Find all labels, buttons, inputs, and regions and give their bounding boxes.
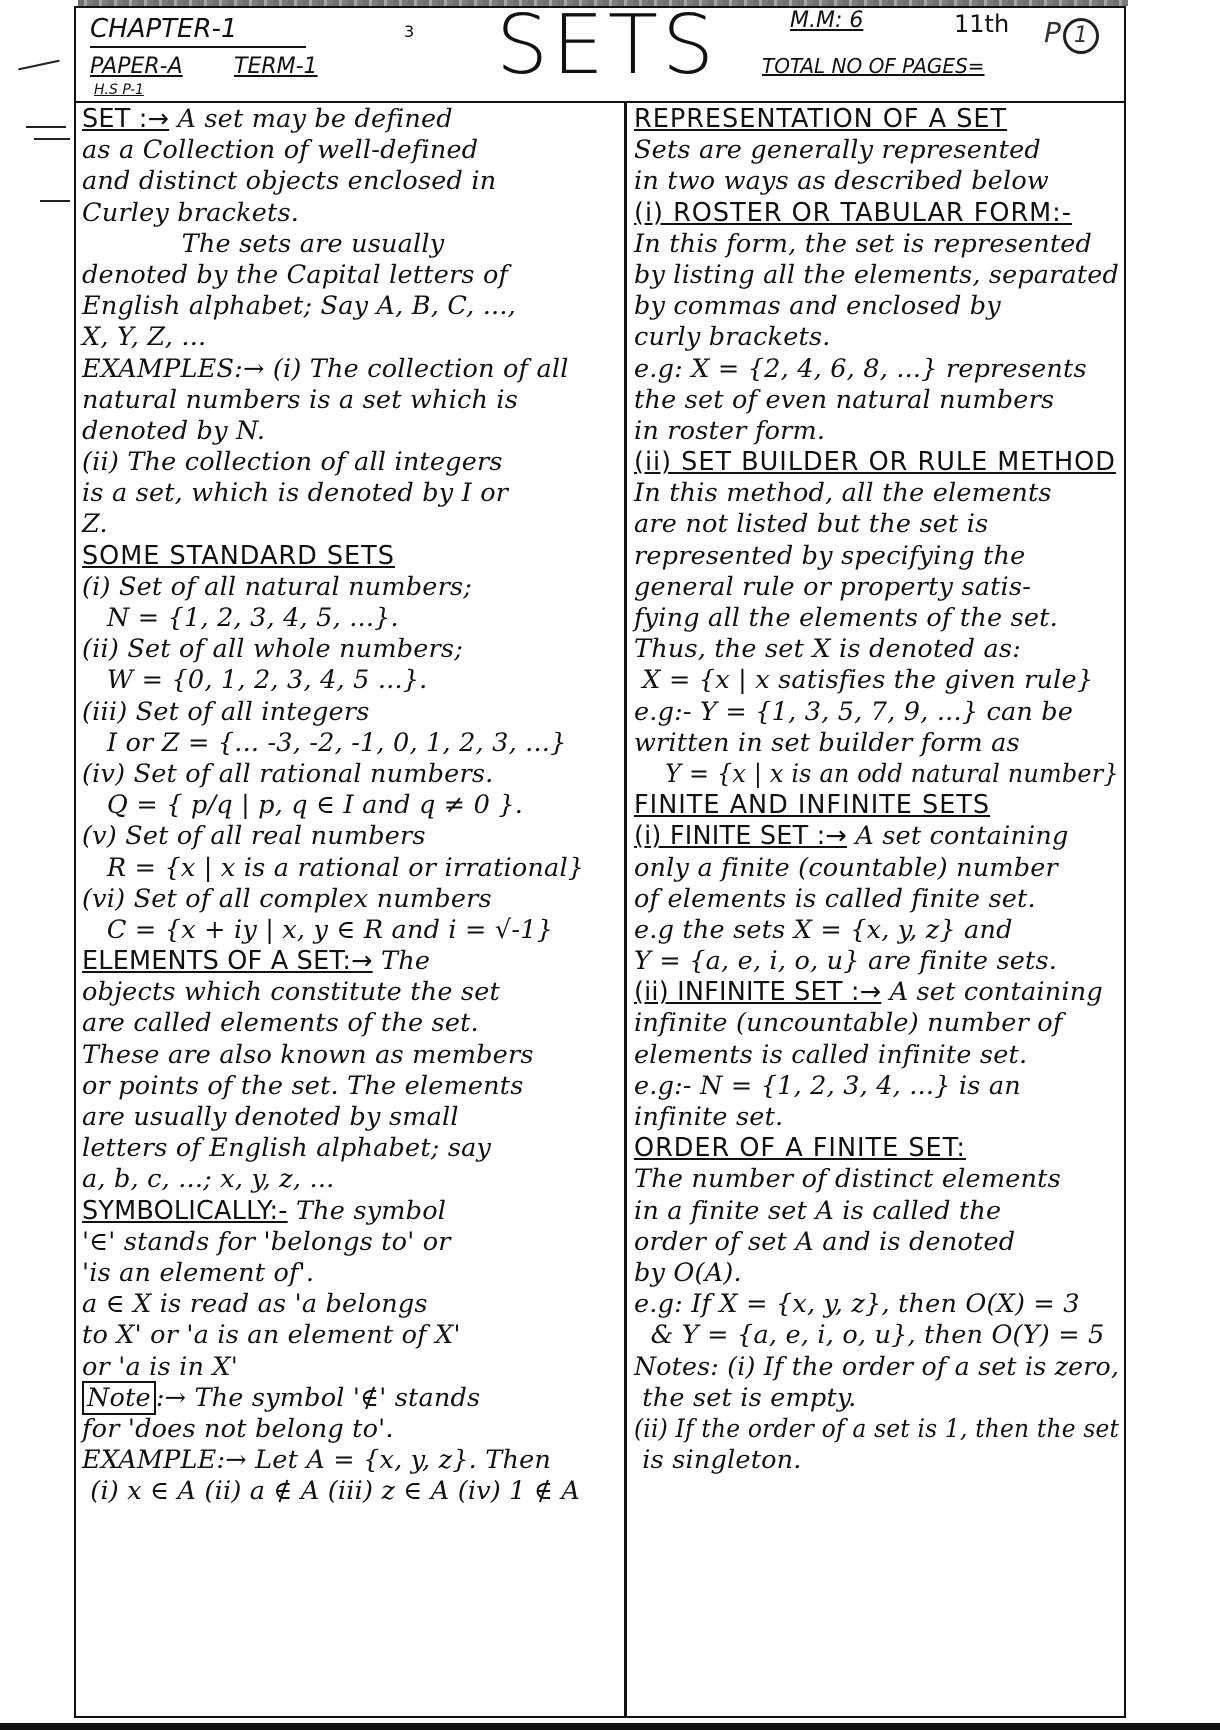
text-line: X, Y, Z, ... [82,322,622,353]
text-line: N = {1, 2, 3, 4, 5, ...}. [82,603,622,634]
text-line: elements is called infinite set. [634,1040,1119,1071]
text-line: Curley brackets. [82,198,622,229]
text-line: Note:→ The symbol '∉' stands [82,1383,622,1414]
text-line: EXAMPLE:→ Let A = {x, y, z}. Then [82,1445,622,1476]
left-column: SET :→ A set may be definedas a Collecti… [82,104,622,1507]
text-line: '∈' stands for 'belongs to' or [82,1227,622,1258]
text-line: e.g:- Y = {1, 3, 5, 7, 9, ...} can be [634,697,1119,728]
text-line: only a finite (countable) number [634,853,1119,884]
page-number: 1 [1063,18,1099,54]
text-line: in roster form. [634,416,1119,447]
text-line: are called elements of the set. [82,1008,622,1039]
text-line: general rule or property satis- [634,572,1119,603]
text-line: Sets are generally represented [634,135,1119,166]
text-line: (i) FINITE SET :→ A set containing [634,821,1119,852]
section-heading: SOME STANDARD SETS [82,541,622,572]
text-line: to X' or 'a is an element of X' [82,1320,622,1351]
margin-mark [26,126,66,128]
text-line: infinite set. [634,1102,1119,1133]
margin-mark [18,60,59,71]
text-line: Q = { p/q | p, q ∈ I and q ≠ 0 }. [82,790,622,821]
section-heading: REPRESENTATION OF A SET [634,104,1119,135]
text-line: as a Collection of well-defined [82,135,622,166]
text-line: EXAMPLES:→ (i) The collection of all [82,354,622,385]
text-line: (ii) The collection of all integers [82,447,622,478]
section-heading: FINITE AND INFINITE SETS [634,790,1119,821]
text-line: R = {x | x is a rational or irrational} [82,853,622,884]
text-line: These are also known as members [82,1040,622,1071]
corner-number: 3 [404,22,414,41]
text-line: Notes: (i) If the order of a set is zero… [634,1352,1114,1383]
text-line: in a finite set A is called the [634,1196,1119,1227]
text-line: letters of English alphabet; say [82,1133,622,1164]
text-line: (v) Set of all real numbers [82,821,622,852]
text-line: is singleton. [634,1445,1119,1476]
text-line: denoted by the Capital letters of [82,260,622,291]
text-line: (ii) INFINITE SET :→ A set containing [634,977,1119,1008]
text-line: I or Z = {... -3, -2, -1, 0, 1, 2, 3, ..… [82,728,622,759]
section-heading: (ii) SET BUILDER OR RULE METHOD [634,447,1119,478]
text-line: the set is empty. [634,1383,1119,1414]
text-line: are usually denoted by small [82,1102,622,1133]
right-column: REPRESENTATION OF A SETSets are generall… [634,104,1119,1476]
text-line: objects which constitute the set [82,977,622,1008]
text-line: Thus, the set X is denoted as: [634,634,1119,665]
text-line: The sets are usually [82,229,622,260]
column-divider [624,101,627,1718]
text-line: English alphabet; Say A, B, C, ..., [82,291,622,322]
text-line: represented by specifying the [634,541,1119,572]
text-line: of elements is called finite set. [634,884,1119,915]
class-label: 11th [954,10,1009,38]
text-line: In this form, the set is represented [634,229,1119,260]
page-label: P [1044,16,1061,49]
text-line: the set of even natural numbers [634,385,1119,416]
text-line: natural numbers is a set which is [82,385,622,416]
text-line: or points of the set. The elements [82,1071,622,1102]
text-line: Y = {a, e, i, o, u} are finite sets. [634,946,1119,977]
max-marks: M.M: 6 [790,8,863,33]
text-line: The number of distinct elements [634,1164,1119,1195]
text-line: W = {0, 1, 2, 3, 4, 5 ...}. [82,665,622,696]
text-line: curly brackets. [634,322,1119,353]
text-line: SET :→ A set may be defined [82,104,622,135]
text-line: e.g:- N = {1, 2, 3, 4, ...} is an [634,1071,1119,1102]
text-line: (vi) Set of all complex numbers [82,884,622,915]
scanned-page: CHAPTER-1 PAPER-A TERM-1 H.S P-1 3 SETS … [0,0,1220,1730]
text-line: e.g the sets X = {x, y, z} and [634,915,1119,946]
text-line: e.g: If X = {x, y, z}, then O(X) = 3 [634,1289,1119,1320]
text-line: (i) Set of all natural numbers; [82,572,622,603]
text-line: & Y = {a, e, i, o, u}, then O(Y) = 5 [634,1320,1119,1351]
text-line: denoted by N. [82,416,622,447]
text-line: (iii) Set of all integers [82,697,622,728]
section-heading: ORDER OF A FINITE SET: [634,1133,1119,1164]
text-line: in two ways as described below [634,166,1119,197]
text-line: by commas and enclosed by [634,291,1119,322]
text-line: are not listed but the set is [634,509,1119,540]
page-number-badge: P1 [1044,16,1099,54]
text-line: Y = {x | x is an odd natural number} [634,759,1089,790]
paper-code: H.S P-1 [94,82,144,98]
text-line: e.g: X = {2, 4, 6, 8, ...} represents [634,354,1119,385]
margin-mark [34,138,70,140]
text-line: or 'a is in X' [82,1352,622,1383]
text-line: SYMBOLICALLY:- The symbol [82,1196,622,1227]
text-line: order of set A and is denoted [634,1227,1119,1258]
text-line: by listing all the elements, separated [634,260,1117,291]
text-line: (ii) Set of all whole numbers; [82,634,622,665]
scan-bottom-edge [0,1723,1220,1730]
text-line: written in set builder form as [634,728,1119,759]
text-line: by O(A). [634,1258,1119,1289]
text-line: Z. [82,509,622,540]
text-line: a, b, c, ...; x, y, z, ... [82,1164,622,1195]
text-line: 'is an element of'. [82,1258,622,1289]
text-line: (i) x ∈ A (ii) a ∉ A (iii) z ∈ A (iv) 1 … [82,1476,622,1507]
chapter-label: CHAPTER-1 [90,14,237,44]
text-line: C = {x + iy | x, y ∈ R and i = √-1} [82,915,622,946]
margin-mark [40,200,70,202]
text-line: fying all the elements of the set. [634,603,1119,634]
text-line: X = {x | x satisfies the given rule} [634,665,1119,696]
text-line: In this method, all the elements [634,478,1119,509]
term-label: TERM-1 [234,54,318,79]
text-line: (ii) If the order of a set is 1, then th… [634,1414,1079,1445]
text-line: (iv) Set of all rational numbers. [82,759,622,790]
page-header: CHAPTER-1 PAPER-A TERM-1 H.S P-1 3 SETS … [76,6,1124,103]
total-pages-label: TOTAL NO OF PAGES= [762,54,985,78]
text-line: a ∈ X is read as 'a belongs [82,1289,622,1320]
paper-label: PAPER-A [90,54,183,79]
text-line: for 'does not belong to'. [82,1414,622,1445]
chapter-underline [90,46,306,48]
section-heading: (i) ROSTER OR TABULAR FORM:- [634,198,1119,229]
text-line: infinite (uncountable) number of [634,1008,1119,1039]
text-line: is a set, which is denoted by I or [82,478,622,509]
text-line: ELEMENTS OF A SET:→ The [82,946,622,977]
page-title: SETS [496,0,718,93]
text-line: and distinct objects enclosed in [82,166,622,197]
